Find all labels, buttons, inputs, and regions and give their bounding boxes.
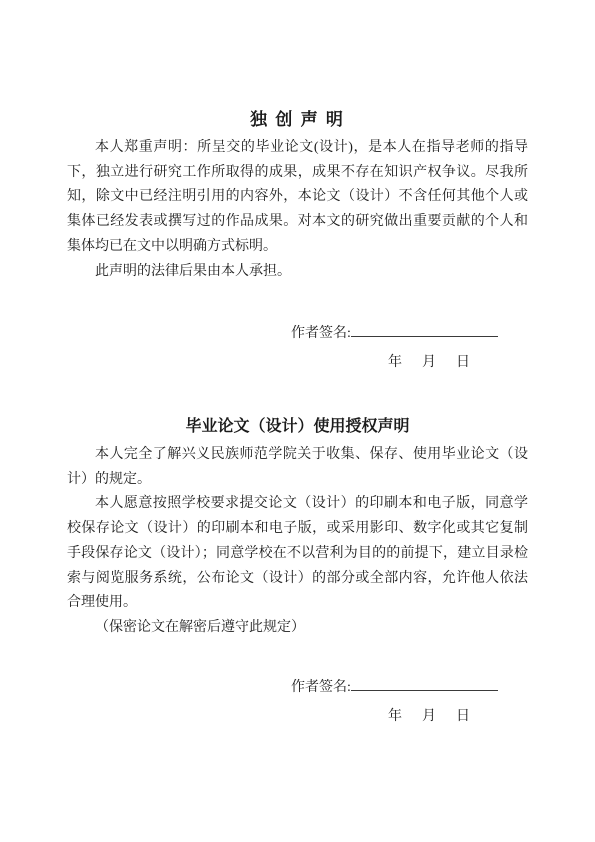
date-row: 年 月 日: [388, 705, 470, 725]
paragraph: 本人郑重声明：所呈交的毕业论文(设计)，是本人在指导老师的指导下，独立进行研究工…: [67, 136, 528, 260]
author-signature-label: 作者签名:: [291, 326, 351, 341]
day-label: 日: [456, 351, 470, 371]
month-label: 月: [422, 351, 436, 371]
day-label: 日: [456, 705, 470, 725]
signature-blank-line: [351, 322, 498, 337]
authorization-statement-body: 本人完全了解兴义民族师范学院关于收集、保存、使用毕业论文（设计）的规定。 本人愿…: [67, 443, 528, 641]
originality-declaration-title: 独 创 声 明: [0, 105, 595, 130]
year-label: 年: [388, 351, 402, 371]
paragraph: 本人愿意按照学校要求提交论文（设计）的印刷本和电子版，同意学校保存论文（设计）的…: [67, 492, 528, 616]
paragraph: 此声明的法律后果由本人承担。: [67, 260, 528, 285]
authorization-statement-title: 毕业论文（设计）使用授权声明: [0, 413, 595, 436]
paragraph: （保密论文在解密后遵守此规定）: [67, 616, 528, 641]
month-label: 月: [422, 705, 436, 725]
paragraph: 本人完全了解兴义民族师范学院关于收集、保存、使用毕业论文（设计）的规定。: [67, 443, 528, 492]
originality-declaration-body: 本人郑重声明：所呈交的毕业论文(设计)，是本人在指导老师的指导下，独立进行研究工…: [67, 136, 528, 284]
signature-blank-line: [351, 676, 498, 691]
author-signature-row: 作者签名:: [291, 322, 498, 342]
author-signature-label: 作者签名:: [291, 680, 351, 695]
year-label: 年: [388, 705, 402, 725]
document-page: 独 创 声 明 本人郑重声明：所呈交的毕业论文(设计)，是本人在指导老师的指导下…: [0, 0, 595, 842]
date-row: 年 月 日: [388, 351, 470, 371]
author-signature-row: 作者签名:: [291, 676, 498, 696]
